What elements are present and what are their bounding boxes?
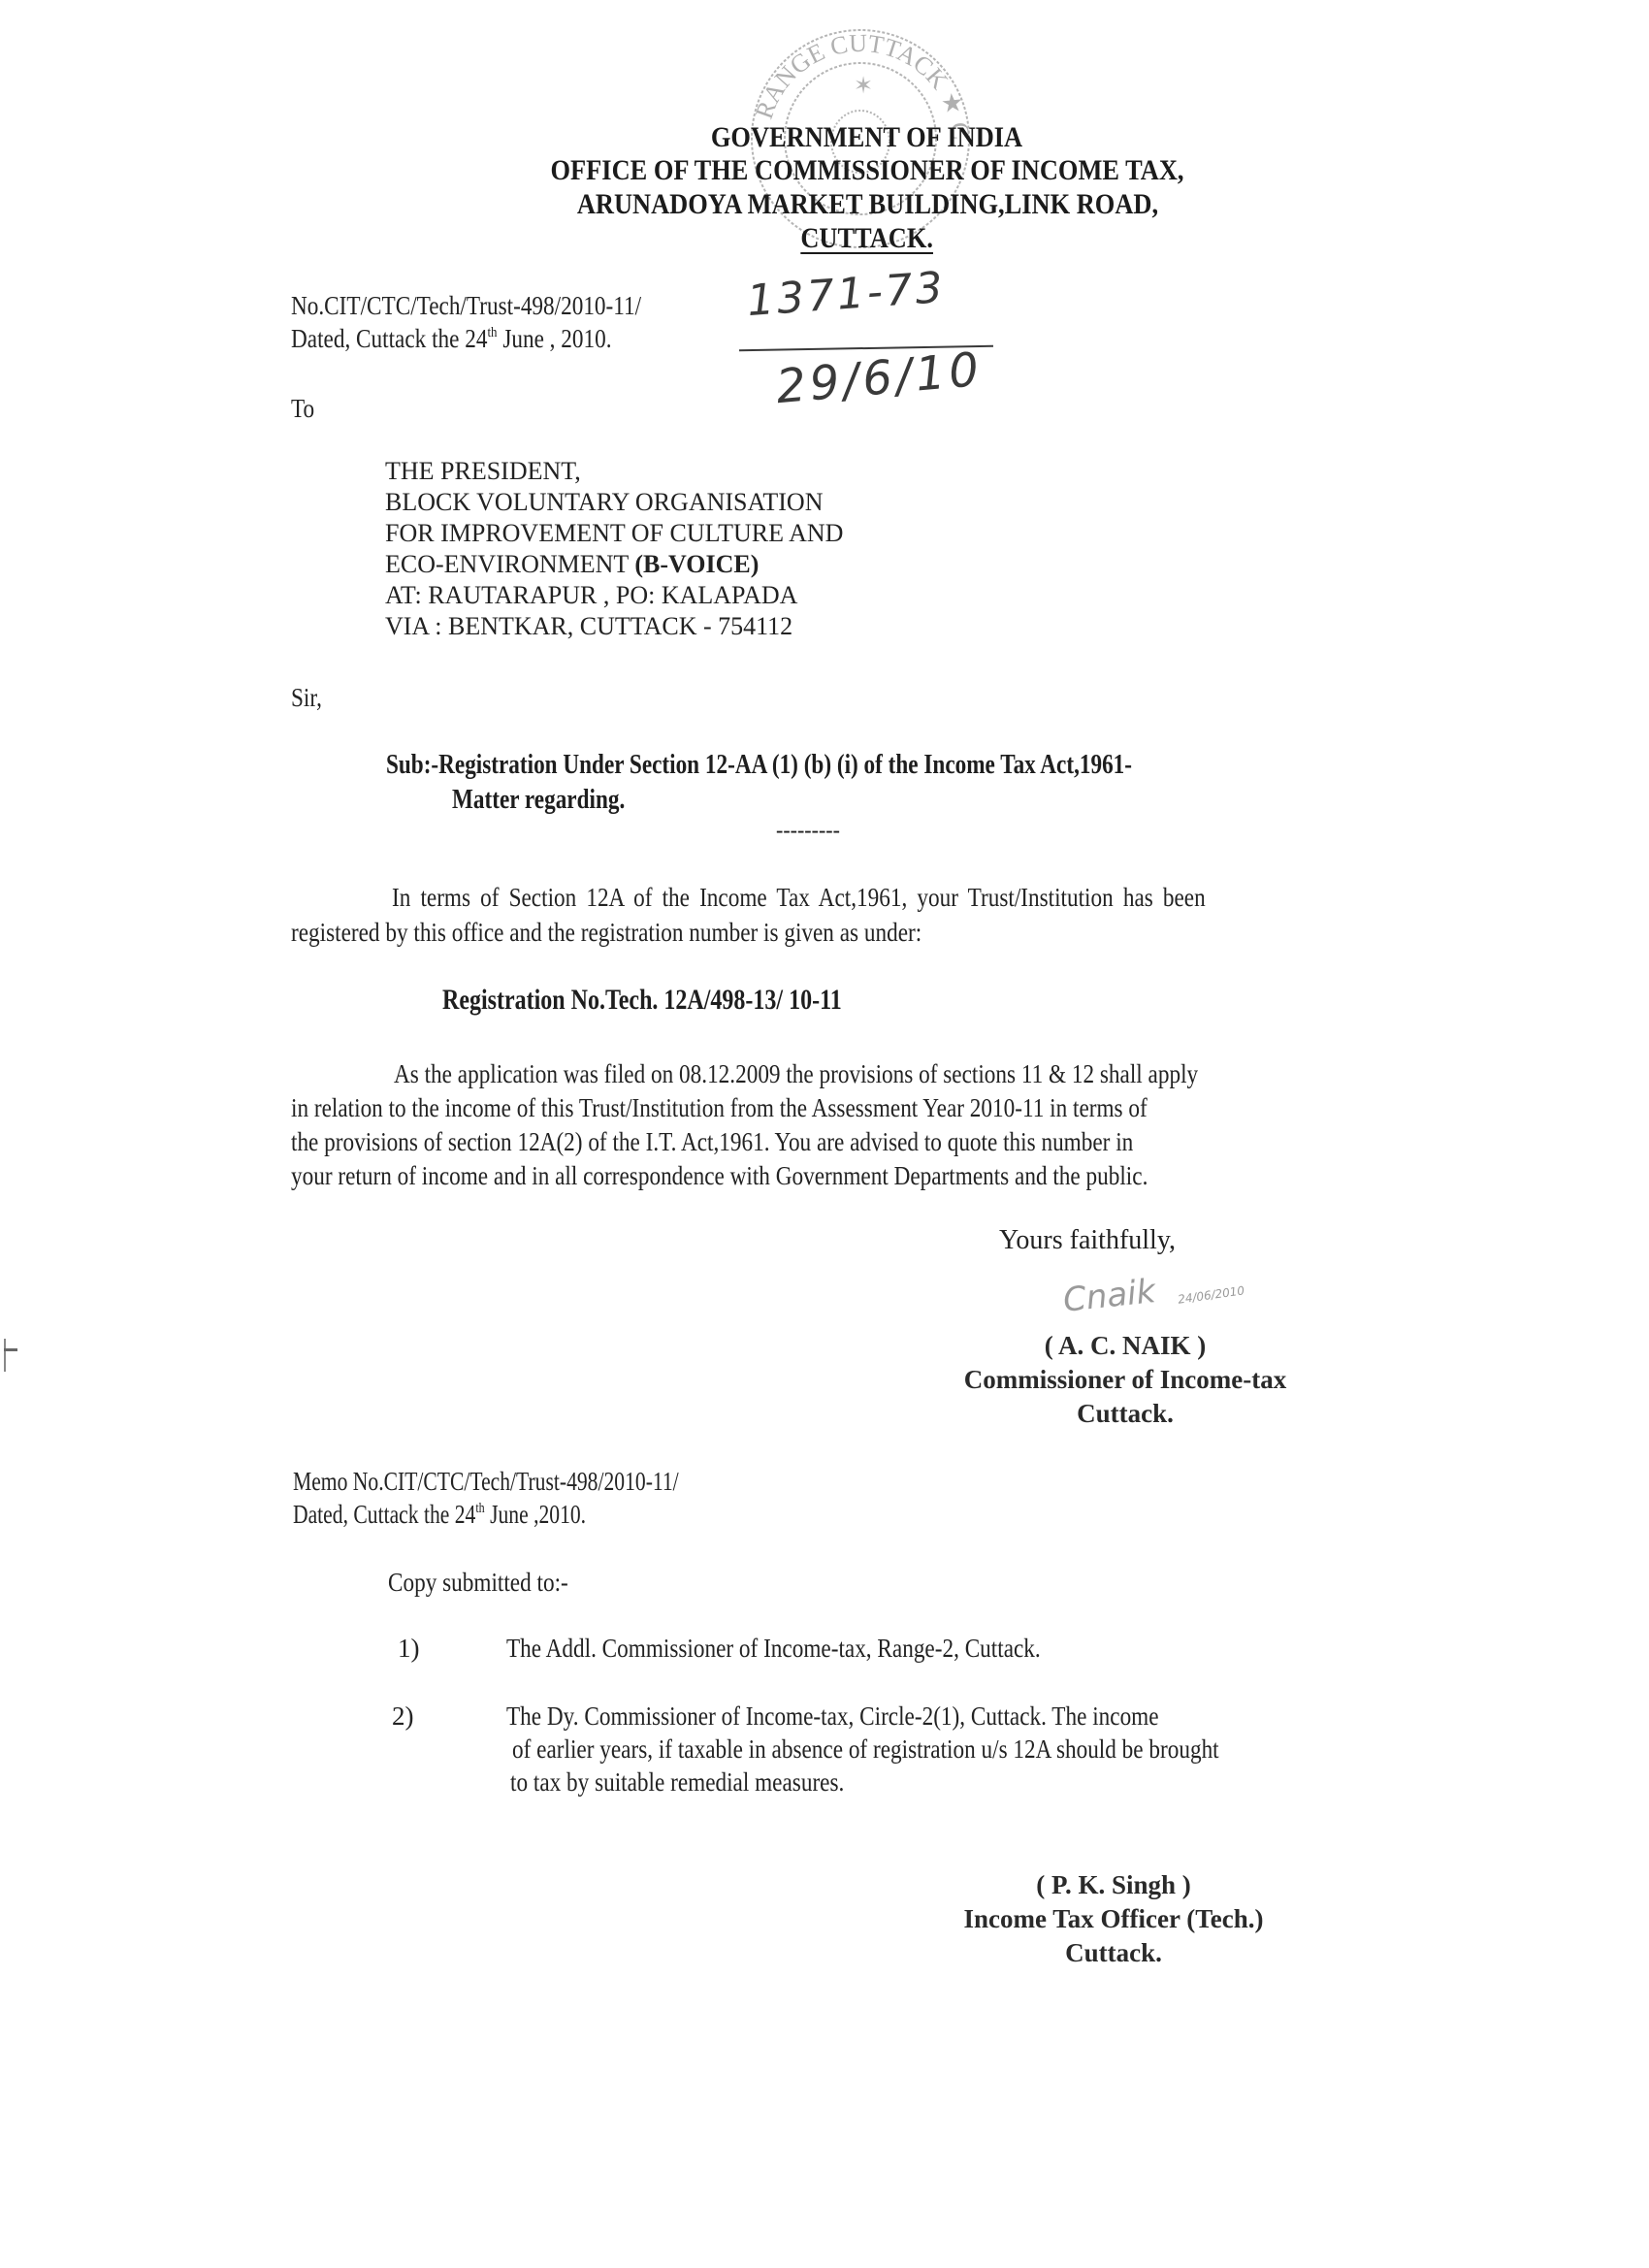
- copy-list-item-continued: of earlier years, if taxable in absence …: [512, 1733, 1334, 1766]
- signatory-place: Cuttack.: [892, 1397, 1358, 1431]
- subject-separator: ---------: [776, 813, 840, 848]
- scan-margin-mark: [2, 1339, 16, 1374]
- copy-list-item: The Dy. Commissioner of Income-tax, Circ…: [506, 1700, 1265, 1733]
- addressee-line: BLOCK VOLUNTARY ORGANISATION: [385, 487, 843, 518]
- paragraph-provisions-line: in relation to the income of this Trust/…: [291, 1091, 1286, 1124]
- registration-number: Registration No.Tech. 12A/498-13/ 10-11: [442, 984, 942, 1017]
- to-label: To: [291, 392, 318, 425]
- copy-list-number: 1): [398, 1632, 420, 1665]
- reference-date: Dated, Cuttack the 24th June , 2010.: [291, 322, 663, 355]
- addressee-line: AT: RAUTARAPUR , PO: KALAPADA: [385, 580, 843, 611]
- handwritten-dispatch-number: 1371-73: [745, 263, 947, 326]
- signatory-title: Income Tax Officer (Tech.): [881, 1902, 1346, 1936]
- copy-list-item-continued: to tax by suitable remedial measures.: [510, 1766, 898, 1798]
- paragraph-provisions-line: your return of income and in all corresp…: [291, 1159, 1287, 1192]
- paragraph-provisions-line: the provisions of section 12A(2) of the …: [291, 1125, 1271, 1158]
- signatory-name: ( A. C. NAIK ): [892, 1329, 1358, 1363]
- copy-list-number: 2): [392, 1700, 414, 1733]
- memo-date: Dated, Cuttack the 24th June ,2010.: [293, 1498, 660, 1531]
- addressee-line: FOR IMPROVEMENT OF CULTURE AND: [385, 518, 843, 549]
- signature-date: 24/06/2010: [1177, 1283, 1245, 1306]
- paragraph-provisions-line: As the application was filed on 08.12.20…: [394, 1057, 1329, 1090]
- handwritten-dispatch-date: 29/6/10: [774, 342, 985, 414]
- organisation-acronym: (B-VOICE): [634, 550, 759, 578]
- reference-number: No.CIT/CTC/Tech/Trust-498/2010-11/: [291, 289, 698, 322]
- svg-text:✶: ✶: [854, 74, 873, 99]
- addressee-line: ECO-ENVIRONMENT (B-VOICE): [385, 549, 843, 580]
- signatory-title: Commissioner of Income-tax: [892, 1363, 1358, 1397]
- signature-naik: Cnaik: [1061, 1272, 1157, 1320]
- paragraph-registration-line2: registered by this office and the regist…: [291, 916, 1024, 949]
- letterhead-line-office: OFFICE OF THE COMMISSIONER OF INCOME TAX…: [43, 153, 1649, 188]
- letterhead-line-city: CUTTACK.: [43, 221, 1649, 256]
- subject-line: Sub:-Registration Under Section 12-AA (1…: [386, 747, 1318, 782]
- letterhead-line-address: ARUNADOYA MARKET BUILDING,LINK ROAD,: [43, 187, 1649, 222]
- memo-number: Memo No.CIT/CTC/Tech/Trust-498/2010-11/: [293, 1465, 775, 1498]
- signatory-commissioner: ( A. C. NAIK ) Commissioner of Income-ta…: [892, 1329, 1358, 1431]
- copy-list-item: The Addl. Commissioner of Income-tax, Ra…: [506, 1632, 1127, 1665]
- signatory-name: ( P. K. Singh ): [881, 1868, 1346, 1902]
- copy-submitted-label: Copy submitted to:-: [388, 1566, 598, 1599]
- signatory-income-tax-officer: ( P. K. Singh ) Income Tax Officer (Tech…: [881, 1868, 1346, 1970]
- addressee-line: VIA : BENTKAR, CUTTACK - 754112: [385, 611, 843, 642]
- salutation: Sir,: [291, 681, 327, 714]
- paragraph-registration-line1: In terms of Section 12A of the Income Ta…: [392, 881, 1338, 914]
- addressee-line: THE PRESIDENT,: [385, 456, 843, 487]
- closing-text: Yours faithfully,: [999, 1224, 1176, 1257]
- subject-line-continued: Matter regarding.: [452, 782, 668, 817]
- letterhead-line-government: GOVERNMENT OF INDIA: [43, 120, 1649, 155]
- signatory-place: Cuttack.: [881, 1936, 1346, 1970]
- addressee-block: THE PRESIDENT, BLOCK VOLUNTARY ORGANISAT…: [385, 456, 843, 642]
